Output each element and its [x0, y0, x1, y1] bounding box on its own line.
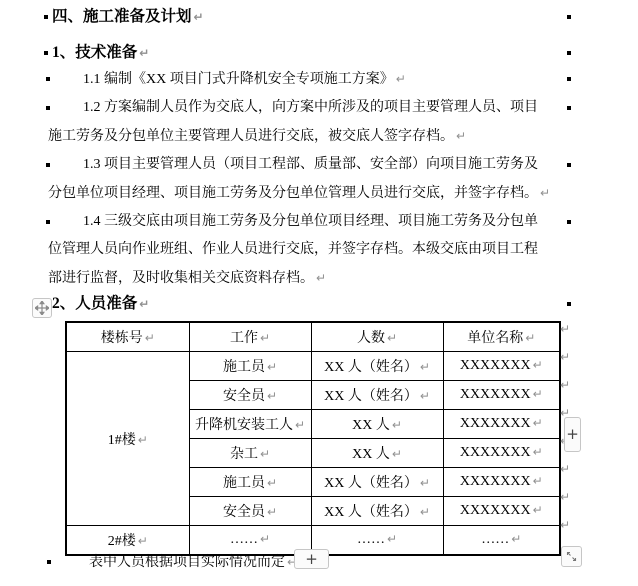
cell-unit[interactable]: ……↵	[443, 526, 560, 556]
paragraph-mark: ↵	[138, 534, 148, 548]
move-icon	[35, 301, 49, 315]
cell-text: 1#楼	[108, 433, 136, 448]
cell-text: 杂工	[230, 447, 258, 462]
insert-row-handle[interactable]: +	[294, 549, 329, 569]
row-end-mark: ↵	[560, 518, 570, 532]
cell-text: XX 人（姓名）	[324, 360, 418, 375]
heading-tech-text: 1、技术准备	[52, 44, 137, 61]
row-end-mark: ↵	[560, 378, 570, 392]
row-end-mark: ↵	[560, 350, 570, 364]
paragraph-1-3-line2[interactable]: 分包单位项目经理、项目施工劳务及分包单位管理人员进行交底，并签字存档。↵	[48, 184, 550, 203]
cell-text: XXXXXXX	[460, 474, 531, 489]
insert-column-handle[interactable]: +	[564, 417, 581, 452]
plus-icon: +	[566, 427, 579, 442]
cell-text: XX 人（姓名）	[324, 476, 418, 491]
table-header-row: 楼栋号↵ 工作↵ 人数↵ 单位名称↵	[66, 322, 560, 352]
heading-tech[interactable]: 1、技术准备↵	[52, 44, 149, 62]
paragraph-mark: ↵	[525, 331, 535, 345]
cell-text: 安全员	[223, 389, 265, 404]
keep-with-next-mark	[567, 51, 571, 55]
cell-unit[interactable]: XXXXXXX↵	[443, 497, 560, 526]
paragraph-text: 部进行监督，及时收集相关交底资料存档。	[48, 271, 314, 286]
paragraph-1-2-line2[interactable]: 施工劳务及分包单位主要管理人员进行交底，被交底人签字存档。↵	[48, 127, 466, 146]
plus-icon: +	[305, 552, 318, 567]
cell-job[interactable]: 升降机安装工人↵	[189, 410, 311, 439]
keep-with-next-mark	[567, 220, 571, 224]
heading-main[interactable]: 四、施工准备及计划↵	[52, 8, 204, 26]
paragraph-mark: ↵	[316, 271, 326, 285]
header-cell-unit[interactable]: 单位名称↵	[443, 322, 560, 352]
word-document-page: 四、施工准备及计划↵ 1、技术准备↵ 1.1 编制《XX 项目门式升降机安全专项…	[0, 0, 638, 586]
paragraph-mark: ↵	[267, 476, 277, 490]
paragraph-1-4-line2[interactable]: 位管理人员向作业班组、作业人员进行交底，并签字存档。本级交底由项目工程	[48, 241, 538, 259]
keep-with-next-mark	[46, 106, 50, 110]
paragraph-mark: ↵	[138, 433, 148, 447]
cell-count[interactable]: XX 人（姓名）↵	[311, 497, 443, 526]
paragraph-mark: ↵	[420, 389, 430, 403]
cell-text: ……	[230, 532, 258, 547]
paragraph-mark: ↵	[260, 447, 270, 461]
paragraph-mark: ↵	[420, 360, 430, 374]
keep-with-next-mark	[46, 220, 50, 224]
cell-count[interactable]: XX 人↵	[311, 439, 443, 468]
cell-text: 施工员	[223, 476, 265, 491]
cell-text: XX 人（姓名）	[324, 389, 418, 404]
keep-with-next-mark	[46, 77, 50, 81]
cell-text: ……	[481, 532, 509, 547]
paragraph-1-3-line1[interactable]: 1.3 项目主要管理人员（项目工程部、质量部、安全部）向项目施工劳务及	[83, 156, 538, 174]
cell-count[interactable]: XX 人（姓名）↵	[311, 352, 443, 381]
cell-unit[interactable]: XXXXXXX↵	[443, 439, 560, 468]
paragraph-mark: ↵	[540, 186, 550, 200]
paragraph-text: 施工劳务及分包单位主要管理人员进行交底，被交底人签字存档。	[48, 129, 454, 144]
paragraph-mark: ↵	[533, 445, 543, 459]
note-text: 表中人员根据项目实际情况而定	[89, 555, 285, 570]
cell-count[interactable]: XX 人（姓名）↵	[311, 468, 443, 497]
paragraph-1-4-line3[interactable]: 部进行监督，及时收集相关交底资料存档。↵	[48, 269, 326, 288]
header-text: 人数	[357, 331, 385, 346]
keep-with-next-mark	[567, 163, 571, 167]
paragraph-mark: ↵	[267, 360, 277, 374]
paragraph-text: 1.2 方案编制人员作为交底人，向方案中所涉及的项目主要管理人员、项目	[83, 100, 538, 115]
paragraph-mark: ↵	[387, 331, 397, 345]
cell-text: XXXXXXX	[460, 416, 531, 431]
paragraph-1-1[interactable]: 1.1 编制《XX 项目门式升降机安全专项施工方案》↵	[83, 70, 406, 89]
cell-text: XXXXXXX	[460, 387, 531, 402]
paragraph-mark: ↵	[420, 476, 430, 490]
keep-with-next-mark	[47, 560, 51, 564]
cell-text: 安全员	[223, 505, 265, 520]
paragraph-1-4-line1[interactable]: 1.4 三级交底由项目施工劳务及分包单位项目经理、项目施工劳务及分包单	[83, 213, 538, 231]
cell-job[interactable]: 安全员↵	[189, 497, 311, 526]
cell-job[interactable]: 施工员↵	[189, 352, 311, 381]
heading-main-text: 四、施工准备及计划	[52, 8, 192, 25]
keep-with-next-mark	[44, 51, 48, 55]
resize-diagonal-icon	[565, 550, 578, 563]
paragraph-mark: ↵	[533, 416, 543, 430]
paragraph-text: 1.3 项目主要管理人员（项目工程部、质量部、安全部）向项目施工劳务及	[83, 157, 538, 172]
paragraph-mark: ↵	[387, 532, 397, 546]
cell-text: XX 人	[352, 418, 390, 433]
paragraph-mark: ↵	[392, 447, 402, 461]
keep-with-next-mark	[567, 106, 571, 110]
paragraph-mark: ↵	[533, 474, 543, 488]
personnel-table: 楼栋号↵ 工作↵ 人数↵ 单位名称↵ 1#楼↵ 施工员↵ XX 人（姓名）↵ X…	[65, 321, 561, 556]
table-move-handle[interactable]	[32, 298, 52, 318]
cell-count[interactable]: XX 人↵	[311, 410, 443, 439]
header-cell-job[interactable]: 工作↵	[189, 322, 311, 352]
cell-text: 2#楼	[108, 534, 136, 549]
header-cell-building[interactable]: 楼栋号↵	[66, 322, 189, 352]
paragraph-text: 1.1 编制《XX 项目门式升降机安全专项施工方案》	[83, 72, 394, 87]
paragraph-mark: ↵	[533, 503, 543, 517]
building-1-cell[interactable]: 1#楼↵	[66, 352, 189, 526]
cell-text: 施工员	[223, 360, 265, 375]
cell-job[interactable]: 施工员↵	[189, 468, 311, 497]
cell-text: XXXXXXX	[460, 358, 531, 373]
cell-unit[interactable]: XXXXXXX↵	[443, 468, 560, 497]
paragraph-mark: ↵	[420, 505, 430, 519]
paragraph-mark: ↵	[194, 10, 204, 24]
heading-personnel-text: 2、人员准备	[52, 295, 137, 312]
cell-job[interactable]: 安全员↵	[189, 381, 311, 410]
paragraph-mark: ↵	[267, 505, 277, 519]
paragraph-mark: ↵	[533, 358, 543, 372]
cell-unit[interactable]: XXXXXXX↵	[443, 352, 560, 381]
cell-count[interactable]: XX 人（姓名）↵	[311, 381, 443, 410]
row-end-mark: ↵	[560, 322, 570, 336]
paragraph-text: 1.4 三级交底由项目施工劳务及分包单位项目经理、项目施工劳务及分包单	[83, 214, 538, 229]
table-resize-handle[interactable]	[561, 546, 582, 567]
paragraph-mark: ↵	[392, 418, 402, 432]
paragraph-mark: ↵	[139, 46, 149, 60]
row-end-mark: ↵	[560, 462, 570, 476]
cell-job[interactable]: ……↵	[189, 526, 311, 556]
paragraph-mark: ↵	[260, 532, 270, 546]
personnel-table-container: 楼栋号↵ 工作↵ 人数↵ 单位名称↵ 1#楼↵ 施工员↵ XX 人（姓名）↵ X…	[65, 321, 561, 556]
paragraph-mark: ↵	[396, 72, 406, 86]
paragraph-text: 分包单位项目经理、项目施工劳务及分包单位管理人员进行交底，并签字存档。	[48, 186, 538, 201]
header-cell-count[interactable]: 人数↵	[311, 322, 443, 352]
header-text: 工作	[230, 331, 258, 346]
cell-text: XX 人	[352, 447, 390, 462]
paragraph-mark: ↵	[511, 532, 521, 546]
cell-text: 升降机安装工人	[195, 418, 293, 433]
header-text: 楼栋号	[101, 331, 143, 346]
keep-with-next-mark	[567, 302, 571, 306]
keep-with-next-mark	[567, 15, 571, 19]
cell-text: XXXXXXX	[460, 445, 531, 460]
cell-text: XX 人（姓名）	[324, 505, 418, 520]
cell-unit[interactable]: XXXXXXX↵	[443, 381, 560, 410]
keep-with-next-mark	[567, 77, 571, 81]
keep-with-next-mark	[44, 15, 48, 19]
paragraph-mark: ↵	[533, 387, 543, 401]
cell-job[interactable]: 杂工↵	[189, 439, 311, 468]
paragraph-mark: ↵	[145, 331, 155, 345]
paragraph-1-2-line1[interactable]: 1.2 方案编制人员作为交底人，向方案中所涉及的项目主要管理人员、项目	[83, 99, 538, 117]
paragraph-mark: ↵	[295, 418, 305, 432]
paragraph-mark: ↵	[260, 331, 270, 345]
cell-count[interactable]: ……↵	[311, 526, 443, 556]
paragraph-text: 位管理人员向作业班组、作业人员进行交底，并签字存档。本级交底由项目工程	[48, 242, 538, 257]
paragraph-mark: ↵	[267, 389, 277, 403]
row-end-mark: ↵	[560, 490, 570, 504]
building-2-cell[interactable]: 2#楼↵	[66, 526, 189, 556]
keep-with-next-mark	[46, 163, 50, 167]
paragraph-mark: ↵	[456, 129, 466, 143]
table-row: 1#楼↵ 施工员↵ XX 人（姓名）↵ XXXXXXX↵	[66, 352, 560, 381]
header-text: 单位名称	[467, 331, 523, 346]
cell-unit[interactable]: XXXXXXX↵	[443, 410, 560, 439]
heading-personnel[interactable]: 2、人员准备↵	[52, 295, 149, 313]
cell-text: XXXXXXX	[460, 503, 531, 518]
paragraph-mark: ↵	[139, 297, 149, 311]
cell-text: ……	[357, 532, 385, 547]
